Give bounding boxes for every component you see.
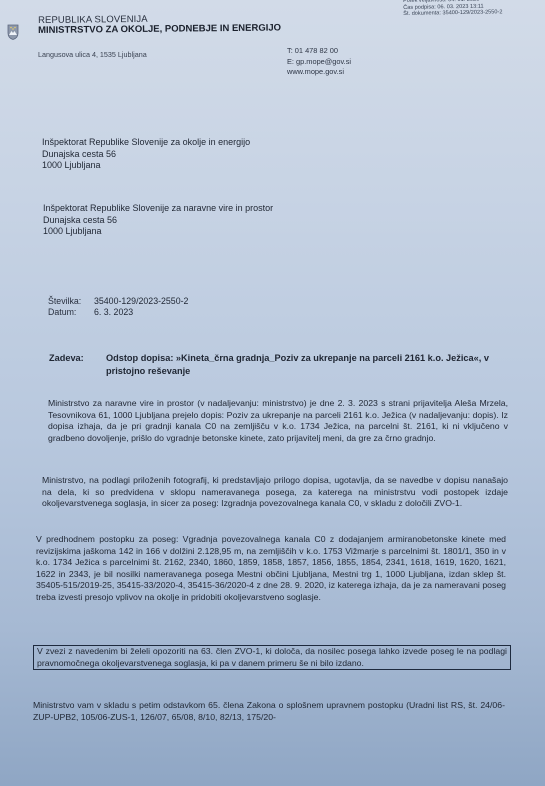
subject-text: Odstop dopisa: »Kineta_črna gradnja_Pozi… [106, 352, 496, 377]
recipient-city: 1000 Ljubljana [43, 226, 273, 238]
body-paragraph-2: Ministrstvo, na podlagi priloženih fotog… [42, 475, 508, 510]
body-paragraph-4: Ministrstvo vam v skladu s petim odstavk… [33, 700, 505, 723]
subject-label: Zadeva: [49, 352, 84, 365]
recipient-name: Inšpektorat Republike Slovenije za narav… [43, 203, 273, 215]
number-value: 35400-129/2023-2550-2 [94, 296, 188, 306]
recipient-2: Inšpektorat Republike Slovenije za narav… [43, 203, 273, 238]
recipient-name: Inšpektorat Republike Slovenije za okolj… [42, 137, 250, 149]
header-ministry: MINISTRSTVO ZA OKOLJE, PODNEBJE IN ENERG… [38, 22, 281, 36]
header-contact: T: 01 478 82 00 E: gp.mope@gov.si www.mo… [287, 46, 351, 78]
recipient-city: 1000 Ljubljana [42, 160, 250, 172]
recipient-street: Dunajska cesta 56 [43, 215, 273, 227]
slovenia-coat-of-arms-icon [7, 24, 19, 40]
header-address: Langusova ulica 4, 1535 Ljubljana [38, 50, 147, 59]
body-paragraph-3: V predhodnem postopku za poseg: Vgradnja… [36, 534, 506, 604]
recipient-street: Dunajska cesta 56 [42, 149, 250, 161]
stamp-doc-number: Št. dokumenta: 35400-129/2023-2550-2 [403, 9, 502, 17]
contact-phone: T: 01 478 82 00 [287, 46, 351, 57]
signature-stamp: Potek veljavnosti: 04. 01. 2026 Čas podp… [403, 0, 503, 18]
contact-web: www.mope.gov.si [287, 67, 351, 78]
recipient-1: Inšpektorat Republike Slovenije za okolj… [42, 137, 250, 172]
contact-email: E: gp.mope@gov.si [287, 57, 351, 68]
body-boxed-notice: V zvezi z navedenim bi želeli opozoriti … [33, 645, 511, 670]
body-paragraph-1: Ministrstvo za naravne vire in prostor (… [48, 398, 508, 444]
date-value: 6. 3. 2023 [94, 307, 133, 317]
document-meta: Številka:35400-129/2023-2550-2 Datum:6. … [48, 296, 188, 317]
date-label: Datum: [48, 307, 94, 318]
number-label: Številka: [48, 296, 94, 307]
